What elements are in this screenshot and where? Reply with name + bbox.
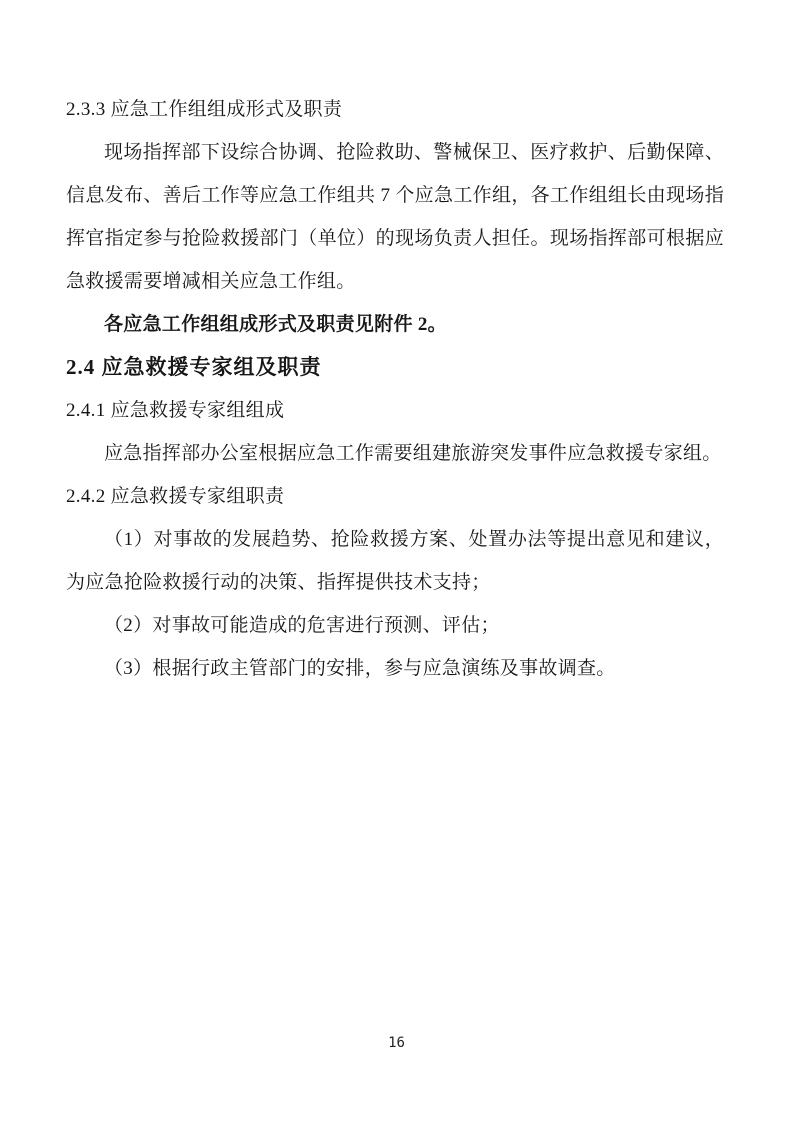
heading-2-4: 2.4 应急救援专家组及职责 bbox=[66, 346, 724, 389]
heading-2-3-3: 2.3.3 应急工作组组成形式及职责 bbox=[66, 88, 724, 131]
paragraph-workgroup-composition: 现场指挥部下设综合协调、抢险救助、警械保卫、医疗救护、后勤保障、信息发布、善后工… bbox=[66, 131, 724, 303]
paragraph-expert-group-composition: 应急指挥部办公室根据应急工作需要组建旅游突发事件应急救援专家组。 bbox=[66, 432, 724, 475]
heading-2-4-1: 2.4.1 应急救援专家组组成 bbox=[66, 389, 724, 432]
heading-2-4-2: 2.4.2 应急救援专家组职责 bbox=[66, 475, 724, 518]
document-page: 2.3.3 应急工作组组成形式及职责 现场指挥部下设综合协调、抢险救助、警械保卫… bbox=[0, 0, 793, 1122]
page-number: 16 bbox=[0, 1033, 793, 1053]
paragraph-attachment-note: 各应急工作组组成形式及职责见附件 2。 bbox=[66, 303, 724, 346]
paragraph-duty-item-1: （1）对事故的发展趋势、抢险救援方案、处置办法等提出意见和建议，为应急抢险救援行… bbox=[66, 518, 724, 604]
paragraph-duty-item-2: （2）对事故可能造成的危害进行预测、评估； bbox=[66, 604, 724, 647]
paragraph-duty-item-3: （3）根据行政主管部门的安排，参与应急演练及事故调查。 bbox=[66, 647, 724, 690]
document-body: 2.3.3 应急工作组组成形式及职责 现场指挥部下设综合协调、抢险救助、警械保卫… bbox=[66, 88, 724, 690]
